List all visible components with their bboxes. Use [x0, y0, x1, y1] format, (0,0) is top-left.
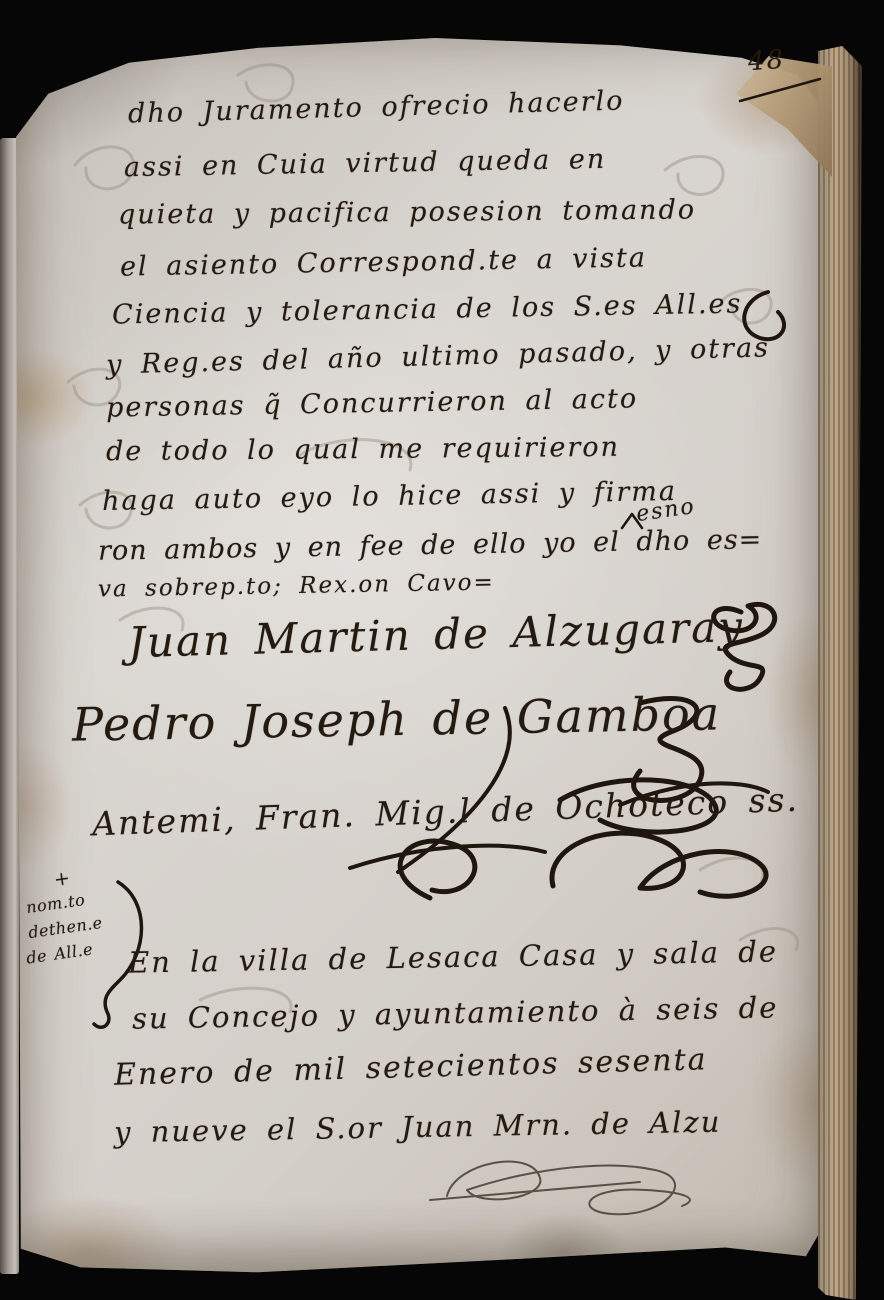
manuscript-line: de todo lo qual me requirieron — [106, 432, 620, 467]
margin-note-cross: + — [53, 867, 72, 891]
book-binding-edge — [818, 46, 862, 1300]
signature-pedro-joseph-de-gamboa: Pedro Joseph de Gamboa — [72, 686, 722, 751]
manuscript-scan: 48 dho Juramento ofrecio hacerlo assi en… — [0, 0, 884, 1300]
underlying-page-edge — [0, 138, 19, 1274]
folio-number: 48 — [747, 45, 786, 78]
manuscript-line: quieta y pacifica posesion tomando — [118, 194, 696, 230]
